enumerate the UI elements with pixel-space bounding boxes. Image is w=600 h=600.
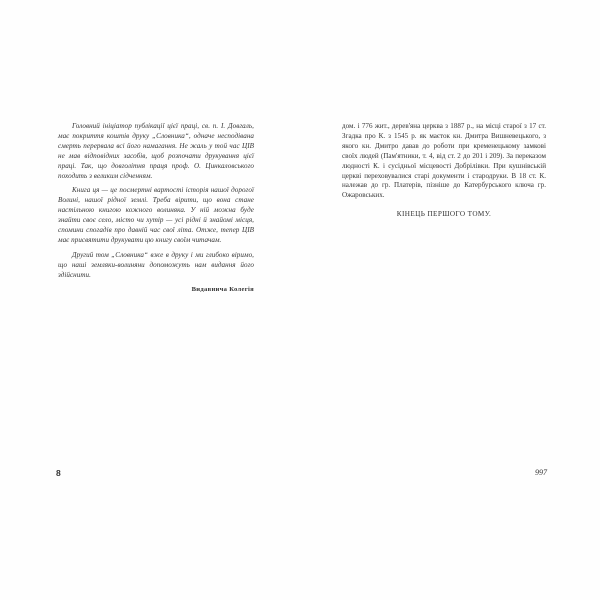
end-of-volume-title: КІНЕЦЬ ПЕРШОГО ТОМУ. [342, 210, 546, 218]
left-page-text: Головний ініціатор публікації цієї праці… [58, 122, 254, 281]
right-page: дом. і 776 жит., дерев'яна церква з 1887… [342, 122, 546, 218]
right-page-text: дом. і 776 жит., дерев'яна церква з 1887… [342, 122, 546, 201]
left-paragraph-2: Книга ця — це посмертні вартості історія… [58, 186, 254, 245]
right-page-number: 997 [535, 468, 547, 477]
left-page-number: 8 [56, 468, 61, 478]
left-paragraph-1: Головний ініціатор публікації цієї праці… [58, 122, 254, 181]
publisher-signature: Видавнича Колегія [58, 286, 254, 293]
left-page: Головний ініціатор публікації цієї праці… [58, 122, 254, 293]
left-paragraph-3: Другий том „Словника“ вже в друку і ми г… [58, 251, 254, 281]
book-spread: Головний ініціатор публікації цієї праці… [0, 0, 600, 600]
right-paragraph-1: дом. і 776 жит., дерев'яна церква з 1887… [342, 122, 546, 201]
